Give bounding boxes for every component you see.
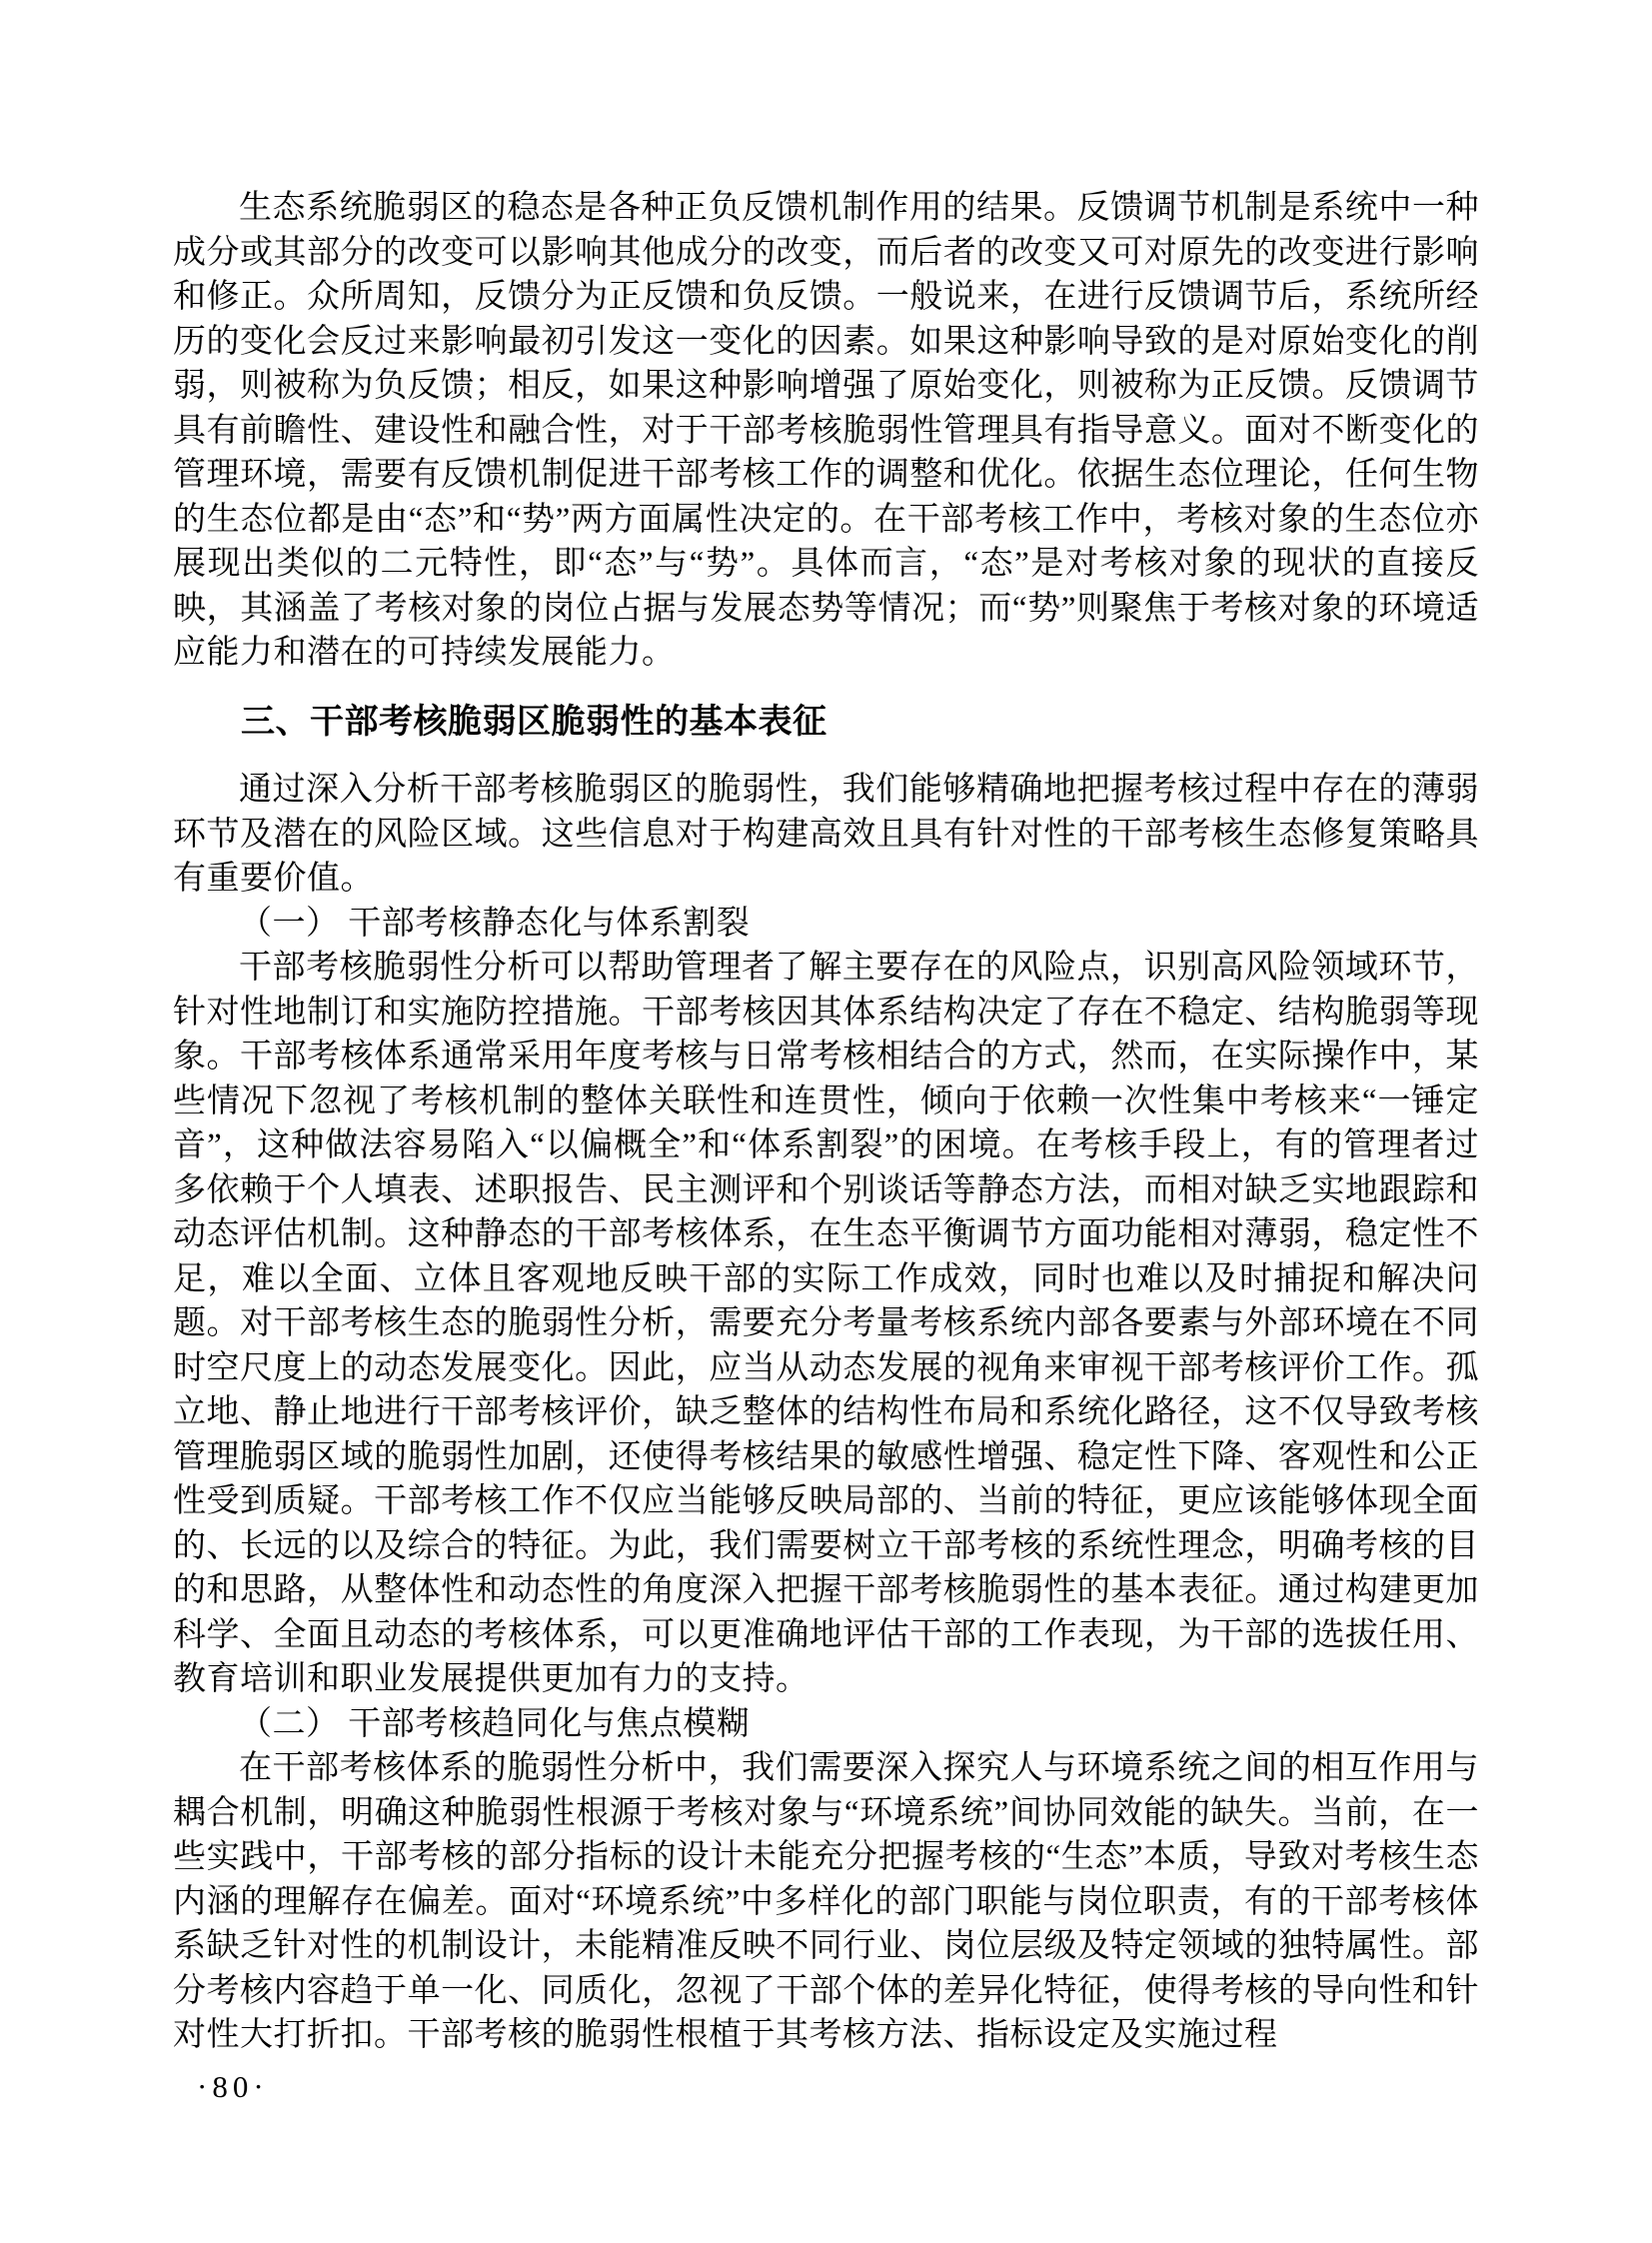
paragraph-static-fragmentation: 干部考核脆弱性分析可以帮助管理者了解主要存在的风险点，识别高风险领域环节，针对性…	[173, 946, 1479, 1702]
paragraph-section-overview: 通过深入分析干部考核脆弱区的脆弱性，我们能够精确地把握考核过程中存在的薄弱环节及…	[173, 768, 1479, 902]
paragraph-homogenization: 在干部考核体系的脆弱性分析中，我们需要深入探究人与环境系统之间的相互作用与耦合机…	[173, 1746, 1479, 2058]
paragraph-feedback-mechanism: 生态系统脆弱区的稳态是各种正负反馈机制作用的结果。反馈调节机制是系统中一种成分或…	[173, 186, 1479, 676]
text-column: 生态系统脆弱区的稳态是各种正负反馈机制作用的结果。反馈调节机制是系统中一种成分或…	[173, 186, 1479, 2058]
subheading-two-homogenization: （二） 干部考核趋同化与焦点模糊	[173, 1702, 1479, 1747]
page-number: ·80·	[197, 2069, 269, 2105]
document-page: 生态系统脆弱区的稳态是各种正负反馈机制作用的结果。反馈调节机制是系统中一种成分或…	[0, 0, 1652, 2243]
subheading-one-static-fragmentation: （一） 干部考核静态化与体系割裂	[173, 902, 1479, 947]
section-heading-three: 三、干部考核脆弱区脆弱性的基本表征	[173, 700, 1479, 745]
